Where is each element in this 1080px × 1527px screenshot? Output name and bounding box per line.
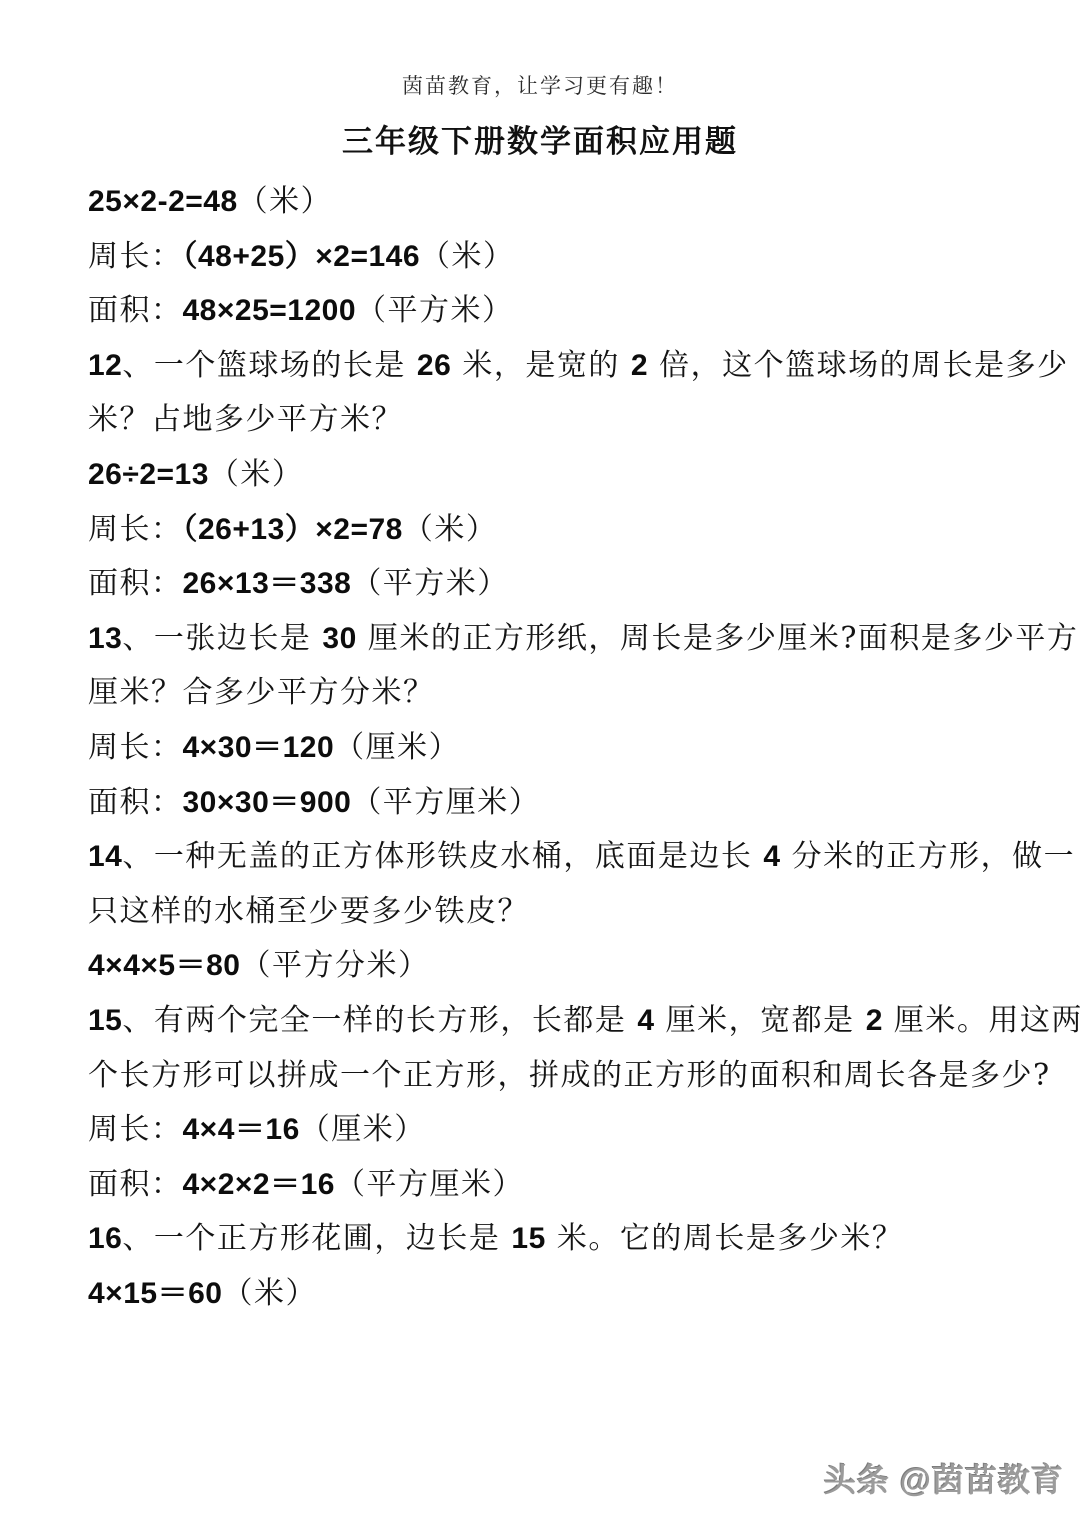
number-text: 4×4×5＝80: [88, 949, 240, 982]
number-text: 2: [866, 1004, 883, 1037]
chinese-text: 米？占地多少平方米？: [88, 402, 403, 437]
text-line: 13、一张边长是 30 厘米的正方形纸，周长是多少厘米?面积是多少平方: [88, 612, 1080, 667]
chinese-text: 、一张边长是: [122, 621, 322, 656]
text-line: 4×4×5＝80（平方分米）: [88, 939, 1080, 994]
chinese-text: 、一种无盖的正方体形铁皮水桶，底面是边长: [122, 839, 763, 874]
chinese-text: 面积：: [88, 566, 183, 601]
chinese-text: （平方分米）: [240, 948, 429, 983]
chinese-text: 厘米的正方形纸，周长是多少厘米?面积是多少平方: [357, 621, 1079, 656]
number-text: 2: [631, 349, 648, 382]
chinese-text: 周长：: [88, 239, 183, 274]
number-text: 26÷2=13: [88, 458, 209, 491]
text-line: 26÷2=13（米）: [88, 448, 1080, 503]
chinese-text: 面积：: [88, 785, 183, 820]
chinese-text: 米。它的周长是多少米？: [546, 1221, 904, 1256]
number-text: 4×4＝16: [183, 1113, 300, 1146]
chinese-text: 面积：: [88, 1167, 183, 1202]
number-text: 13: [88, 622, 122, 655]
text-line: 15、有两个完全一样的长方形，长都是 4 厘米，宽都是 2 厘米。用这两: [88, 994, 1080, 1049]
text-line: 面积：30×30＝900（平方厘米）: [88, 776, 1080, 831]
number-text: 12: [88, 349, 122, 382]
chinese-text: 周长：: [88, 730, 183, 765]
text-line: 16、一个正方形花圃，边长是 15 米。它的周长是多少米？: [88, 1212, 1080, 1267]
text-line: 14、一种无盖的正方体形铁皮水桶，底面是边长 4 分米的正方形，做一: [88, 830, 1080, 885]
chinese-text: 周长：: [88, 1112, 183, 1147]
chinese-text: 个长方形可以拼成一个正方形，拼成的正方形的面积和周长各是多少?: [88, 1058, 1051, 1093]
number-text: 4×30＝120: [183, 731, 335, 764]
text-line: 12、一个篮球场的长是 26 米，是宽的 2 倍，这个篮球场的周长是多少: [88, 339, 1080, 394]
chinese-text: 倍，这个篮球场的周长是多少: [648, 348, 1069, 383]
chinese-text: 米，是宽的: [451, 348, 631, 383]
number-text: 4: [637, 1004, 654, 1037]
chinese-text: 只这样的水桶至少要多少铁皮？: [88, 894, 529, 929]
chinese-text: （厘米）: [300, 1112, 426, 1147]
chinese-text: 、一个正方形花圃，边长是: [122, 1221, 511, 1256]
number-text: 15: [88, 1004, 122, 1037]
chinese-text: （米）: [420, 239, 515, 274]
number-text: 4×2×2＝16: [183, 1168, 335, 1201]
text-line: 米？占地多少平方米？: [88, 393, 1080, 448]
text-line: 周长：4×4＝16（厘米）: [88, 1103, 1080, 1158]
text-line: 只这样的水桶至少要多少铁皮？: [88, 885, 1080, 940]
text-line: 4×15＝60（米）: [88, 1267, 1080, 1322]
text-line: 周长：（26+13）×2=78（米）: [88, 503, 1080, 558]
chinese-text: 厘米，宽都是: [655, 1003, 866, 1038]
chinese-text: （平方厘米）: [351, 785, 540, 820]
chinese-text: 、有两个完全一样的长方形，长都是: [122, 1003, 637, 1038]
chinese-text: （米）: [403, 512, 498, 547]
text-line: 周长：（48+25）×2=146（米）: [88, 230, 1080, 285]
chinese-text: （平方米）: [356, 293, 514, 328]
chinese-text: （米）: [209, 457, 304, 492]
number-text: 15: [511, 1222, 545, 1255]
chinese-text: 面积：: [88, 293, 183, 328]
chinese-text: （平方厘米）: [335, 1167, 524, 1202]
number-text: 4: [763, 840, 780, 873]
chinese-text: 周长：: [88, 512, 183, 547]
text-line: 个长方形可以拼成一个正方形，拼成的正方形的面积和周长各是多少?: [88, 1049, 1080, 1104]
text-line: 厘米？合多少平方分米？: [88, 666, 1080, 721]
chinese-text: 分米的正方形，做一: [781, 839, 1076, 874]
text-line: 面积：48×25=1200（平方米）: [88, 284, 1080, 339]
chinese-text: （米）: [222, 1276, 317, 1311]
number-text: 26: [417, 349, 451, 382]
worksheet-page: 茵苗教育，让学习更有趣！ 三年级下册数学面积应用题 25×2-2=48（米）周长…: [0, 0, 1080, 1527]
number-text: 26×13＝338: [183, 567, 352, 600]
chinese-text: （厘米）: [334, 730, 460, 765]
text-line: 25×2-2=48（米）: [88, 175, 1080, 230]
chinese-text: 厘米。用这两: [883, 1003, 1080, 1038]
brand-header-text: 茵苗教育，让学习更有趣！: [0, 0, 1080, 100]
number-text: （48+25）×2=146: [183, 240, 421, 273]
document-lines: 25×2-2=48（米）周长：（48+25）×2=146（米）面积：48×25=…: [88, 175, 1080, 1321]
chinese-text: 厘米？合多少平方分米？: [88, 675, 435, 710]
number-text: 48×25=1200: [183, 294, 357, 327]
number-text: 16: [88, 1222, 122, 1255]
watermark-text: 头条 @茵苗教育: [824, 1455, 1064, 1501]
number-text: 4×15＝60: [88, 1277, 222, 1310]
number-text: （26+13）×2=78: [183, 513, 403, 546]
text-line: 面积：4×2×2＝16（平方厘米）: [88, 1158, 1080, 1213]
chinese-text: （平方米）: [351, 566, 509, 601]
text-line: 周长：4×30＝120（厘米）: [88, 721, 1080, 776]
number-text: 30×30＝900: [183, 786, 352, 819]
chinese-text: （米）: [238, 184, 333, 219]
number-text: 14: [88, 840, 122, 873]
number-text: 25×2-2=48: [88, 185, 238, 218]
number-text: 30: [322, 622, 356, 655]
page-title: 三年级下册数学面积应用题: [0, 116, 1080, 161]
chinese-text: 、一个篮球场的长是: [122, 348, 417, 383]
text-line: 面积：26×13＝338（平方米）: [88, 557, 1080, 612]
